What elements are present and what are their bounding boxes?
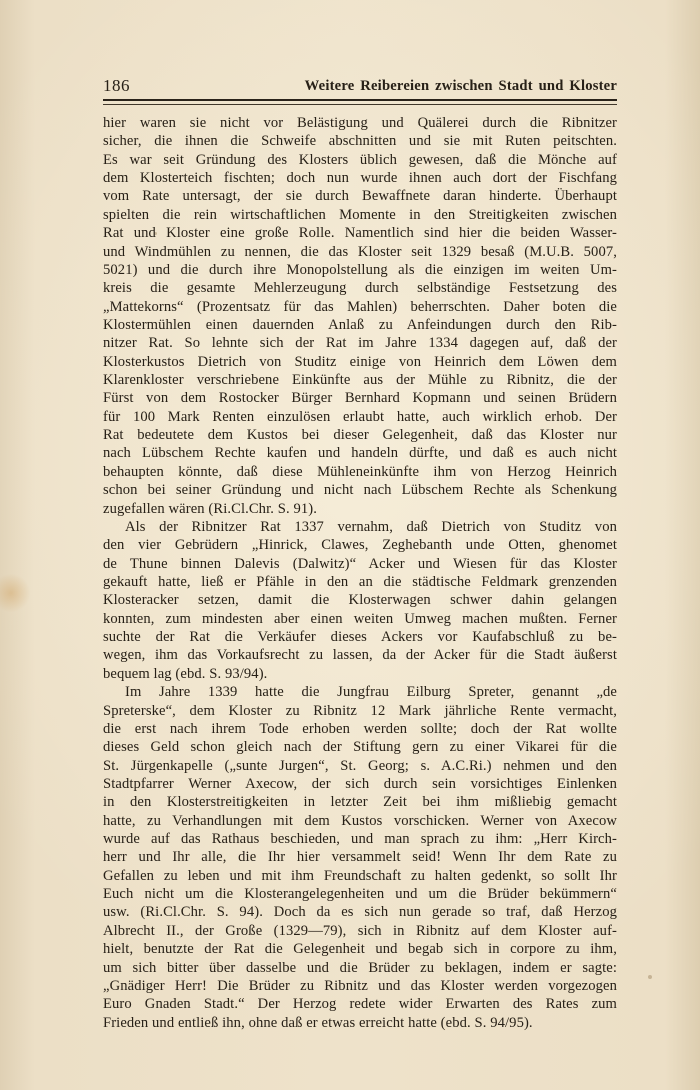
text-line: suchte der Rat die Verkäufer dieses Acke…: [103, 628, 617, 646]
text-line: wegen, ihm das Vorkaufsrecht zu lassen, …: [103, 646, 617, 664]
text-line: herr und Ihr alle, die Ihr hier versamme…: [103, 848, 617, 866]
text-line: nitzer Rat. So lehnte sich der Rat im Ja…: [103, 334, 617, 352]
text-line: den vier Gebrüdern „Hinrick, Clawes, Zeg…: [103, 536, 617, 554]
text-line: Fürst von dem Rostocker Bürger Bernhard …: [103, 389, 617, 407]
text-line: kreis die gesamte Mehlerzeugung durch se…: [103, 279, 617, 297]
running-header: Weitere Reibereien zwischen Stadt und Kl…: [305, 78, 617, 95]
text-line: Klosteracker setzen, damit die Klosterwa…: [103, 591, 617, 609]
page-header: 186 Weitere Reibereien zwischen Stadt un…: [103, 70, 617, 96]
text-line: und Windmühlen zu nennen, die das Kloste…: [103, 243, 617, 261]
text-line: bequem lag (ebd. S. 93/94).: [103, 665, 617, 683]
text-line: schon bei seiner Gründung und nicht nach…: [103, 481, 617, 499]
text-line: Euch nicht um die Klosterangelegenheiten…: [103, 885, 617, 903]
text-line: die erst nach ihrem Tode erhoben werden …: [103, 720, 617, 738]
header-rule-thick: [103, 99, 617, 101]
text-line: hielt, benutzte der Rat die Gelegenheit …: [103, 940, 617, 958]
text-line: Klarenkloster verschriebene Einkünfte au…: [103, 371, 617, 389]
text-line: Im Jahre 1339 hatte die Jungfrau Eilburg…: [103, 683, 617, 701]
header-rule-thin: [103, 104, 617, 105]
text-line: für 100 Mark Renten einzulösen erlaubt h…: [103, 408, 617, 426]
text-line: sicher, die ihnen die Schweife abschnitt…: [103, 132, 617, 150]
text-line: Stadtpfarrer Werner Axecow, der sich dur…: [103, 775, 617, 793]
text-line: Spreterske“, dem Kloster zu Ribnitz 12 M…: [103, 702, 617, 720]
text-line: hatte, zu Verhandlungen mit dem Kustos v…: [103, 812, 617, 830]
text-line: Klosterkustos Dietrich von Studitz einig…: [103, 353, 617, 371]
text-line: spielten die rein wirtschaftlichen Momen…: [103, 206, 617, 224]
text-line: in den Klosterstreitigkeiten in letzter …: [103, 793, 617, 811]
text-line: St. Jürgenkapelle („sunte Jurgen“, St. G…: [103, 757, 617, 775]
text-line: Rat bedeutete dem Kustos bei dieser Gele…: [103, 426, 617, 444]
text-line: Euro Gnaden Stadt.“ Der Herzog redete wi…: [103, 995, 617, 1013]
text-line: „Mattekorns“ (Prozentsatz für das Mahlen…: [103, 298, 617, 316]
text-line: de Thune binnen Dalevis (Dalwitz)“ Acker…: [103, 555, 617, 573]
text-line: Rat und Kloster eine große Rolle. Nament…: [103, 224, 617, 242]
text-line: Albrecht II., der Große (1329—79), sich …: [103, 922, 617, 940]
text-line: „Gnädiger Herr! Die Brüder zu Ribnitz un…: [103, 977, 617, 995]
text-line: hier waren sie nicht vor Belästigung und…: [103, 114, 617, 132]
text-line: behaupten könnte, daß diese Mühleneinkün…: [103, 463, 617, 481]
book-page: 186 Weitere Reibereien zwischen Stadt un…: [0, 0, 700, 1090]
text-line: konnten, zum mindesten aber einen weiten…: [103, 610, 617, 628]
text-line: Klostermühlen einen dauernden Anlaß zu A…: [103, 316, 617, 334]
text-line: zugefallen wären (Ri.Cl.Chr. S. 91).: [103, 500, 617, 518]
text-line: gekauft hatte, ließ er Pfähle in den an …: [103, 573, 617, 591]
text-line: vom Rate untersagt, der sie durch Bewaff…: [103, 187, 617, 205]
text-line: dem Klosterteich fischten; doch nun wurd…: [103, 169, 617, 187]
text-line: um sich bitter über dasselbe und die Brü…: [103, 959, 617, 977]
text-line: nach Lübschem Rechte kaufen und handeln …: [103, 444, 617, 462]
text-line: wurde auf das Rathaus beschieden, und ma…: [103, 830, 617, 848]
text-line: dieses Geld schon gleich nach der Stiftu…: [103, 738, 617, 756]
page-number: 186: [103, 76, 130, 96]
paper-speck: [648, 975, 652, 979]
body-text: hier waren sie nicht vor Belästigung und…: [103, 114, 617, 1032]
text-line: Frieden und entließ ihn, ohne daß er etw…: [103, 1014, 617, 1032]
paper-stain: [0, 572, 32, 614]
text-line: Als der Ribnitzer Rat 1337 vernahm, daß …: [103, 518, 617, 536]
text-line: Gefallen zu leben und mit ihm Freundscha…: [103, 867, 617, 885]
text-line: Es war seit Gründung des Klosters üblich…: [103, 151, 617, 169]
text-line: usw. (Ri.Cl.Chr. S. 94). Doch da es sich…: [103, 903, 617, 921]
text-line: 5021) und die durch ihre Monopolstellung…: [103, 261, 617, 279]
